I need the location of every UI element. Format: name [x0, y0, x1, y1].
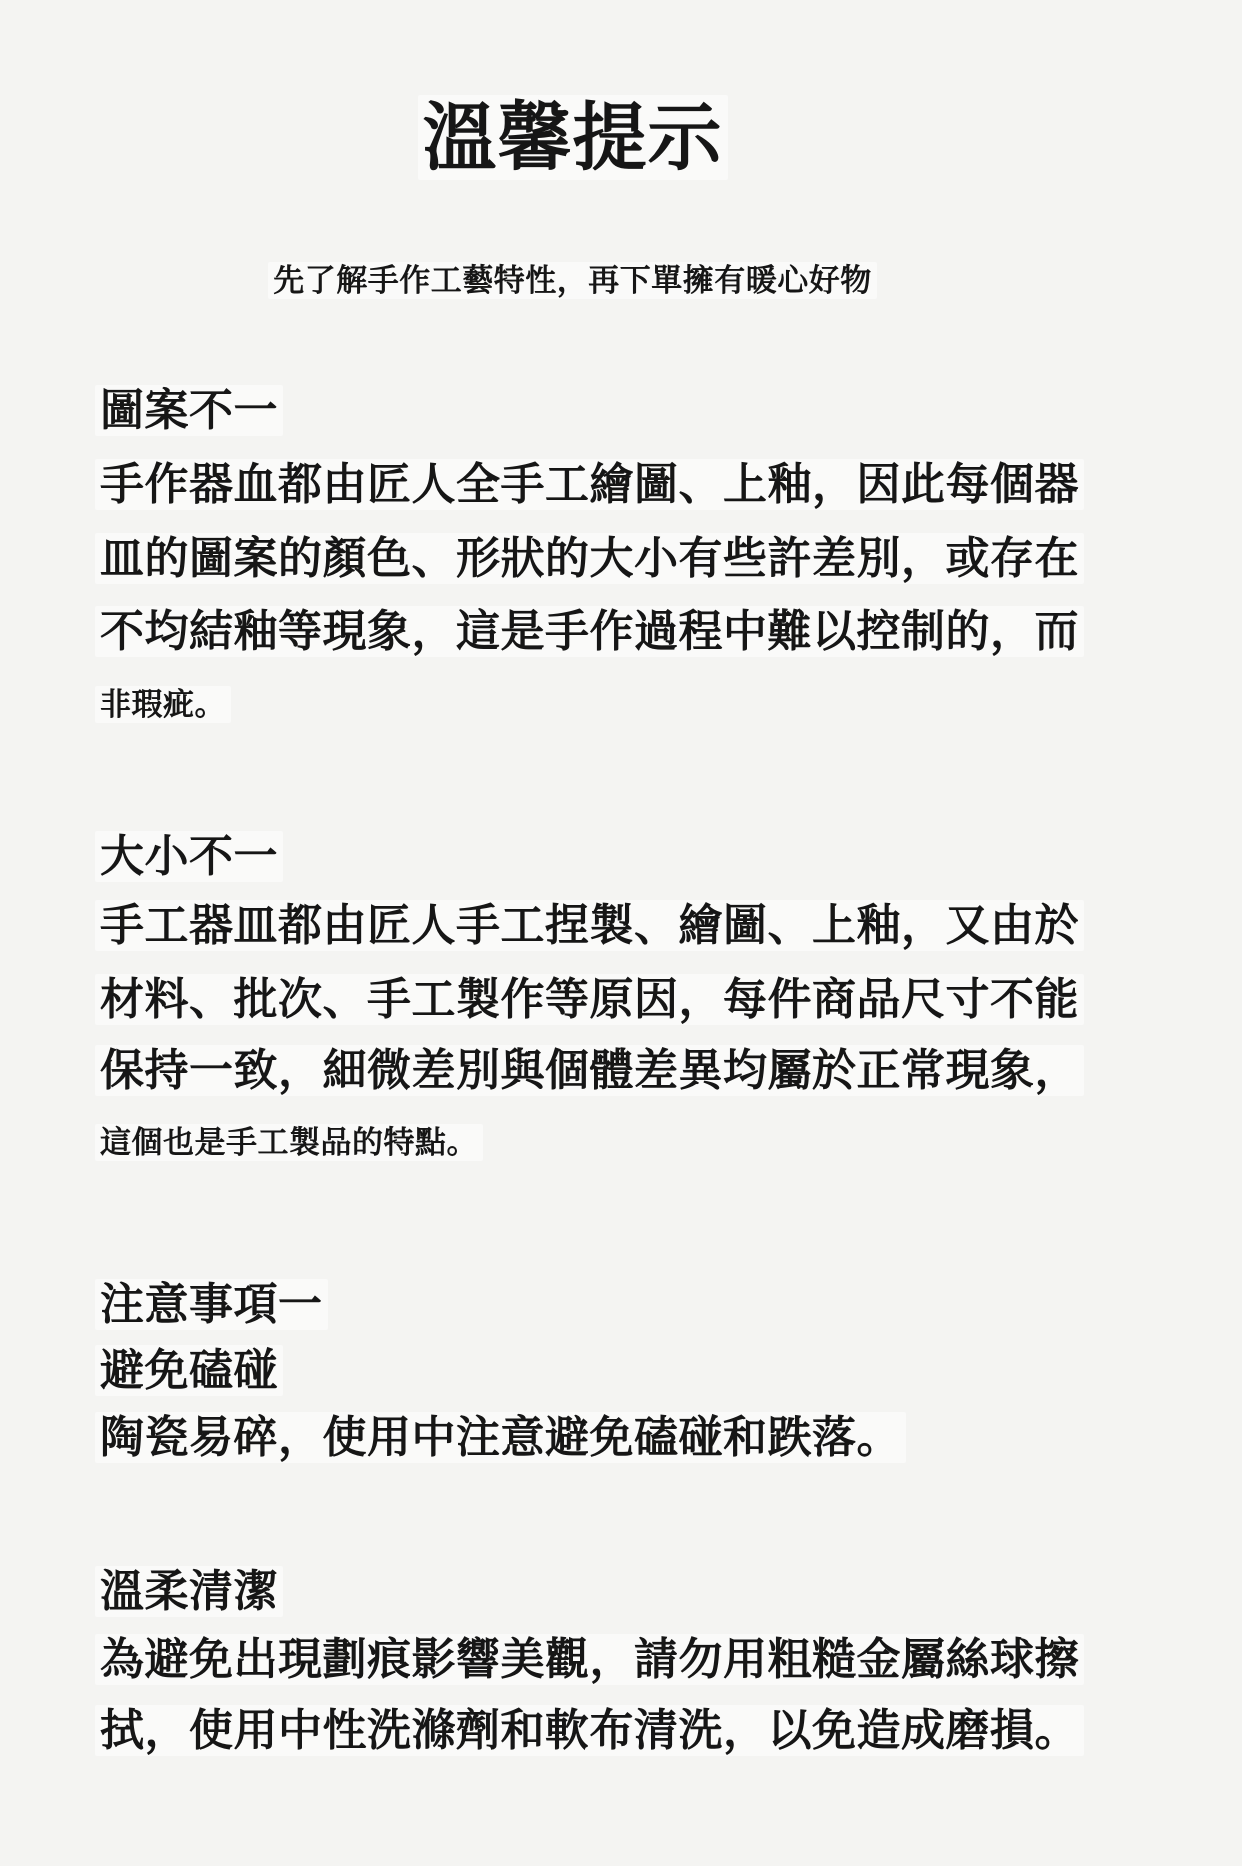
- section-pattern-heading: 圖案不一: [100, 383, 283, 438]
- section-pattern-line-2: 皿的圖案的顏色、形狀的大小有些許差別，或存在: [100, 531, 1084, 586]
- section-caution-line-1: 陶瓷易碎，使用中注意避免磕碰和跌落。: [100, 1410, 906, 1465]
- page-title-text: 溫馨提示: [418, 95, 728, 180]
- section-size-note: 這個也是手工製品的特點。: [100, 1124, 483, 1163]
- section-cleaning-line-2: 拭，使用中性洗滌劑和軟布清洗，以免造成磨損。: [100, 1703, 1084, 1758]
- section-size-heading: 大小不一: [100, 829, 283, 884]
- page-subtitle-text: 先了解手作工藝特性，再下單擁有暖心好物: [268, 262, 877, 299]
- section-cleaning-heading: 溫柔清潔: [100, 1564, 283, 1619]
- page-subtitle: 先了解手作工藝特性，再下單擁有暖心好物: [0, 262, 1150, 301]
- section-size-line-3: 保持一致，細微差別與個體差異均屬於正常現象，: [100, 1043, 1084, 1098]
- section-cleaning-line-1: 為避免出現劃痕影響美觀，請勿用粗糙金屬絲球擦: [100, 1632, 1084, 1687]
- page-title: 溫馨提示: [0, 92, 1150, 185]
- section-pattern-line-3: 不均結釉等現象，這是手作過程中難以控制的，而: [100, 604, 1084, 659]
- section-pattern-note: 非瑕疵。: [100, 686, 231, 725]
- section-size-line-1: 手工器皿都由匠人手工捏製、繪圖、上釉，又由於: [100, 898, 1084, 953]
- section-caution-heading: 注意事項一: [100, 1277, 328, 1332]
- section-size-line-2: 材料、批次、手工製作等原因，每件商品尺寸不能: [100, 972, 1084, 1027]
- section-pattern-line-1: 手作器血都由匠人全手工繪圖、上釉，因此每個器: [100, 457, 1084, 512]
- warm-tips-page: 溫馨提示 先了解手作工藝特性，再下單擁有暖心好物 圖案不一 手作器血都由匠人全手…: [0, 0, 1242, 1866]
- section-caution-subheading: 避免磕碰: [100, 1343, 283, 1398]
